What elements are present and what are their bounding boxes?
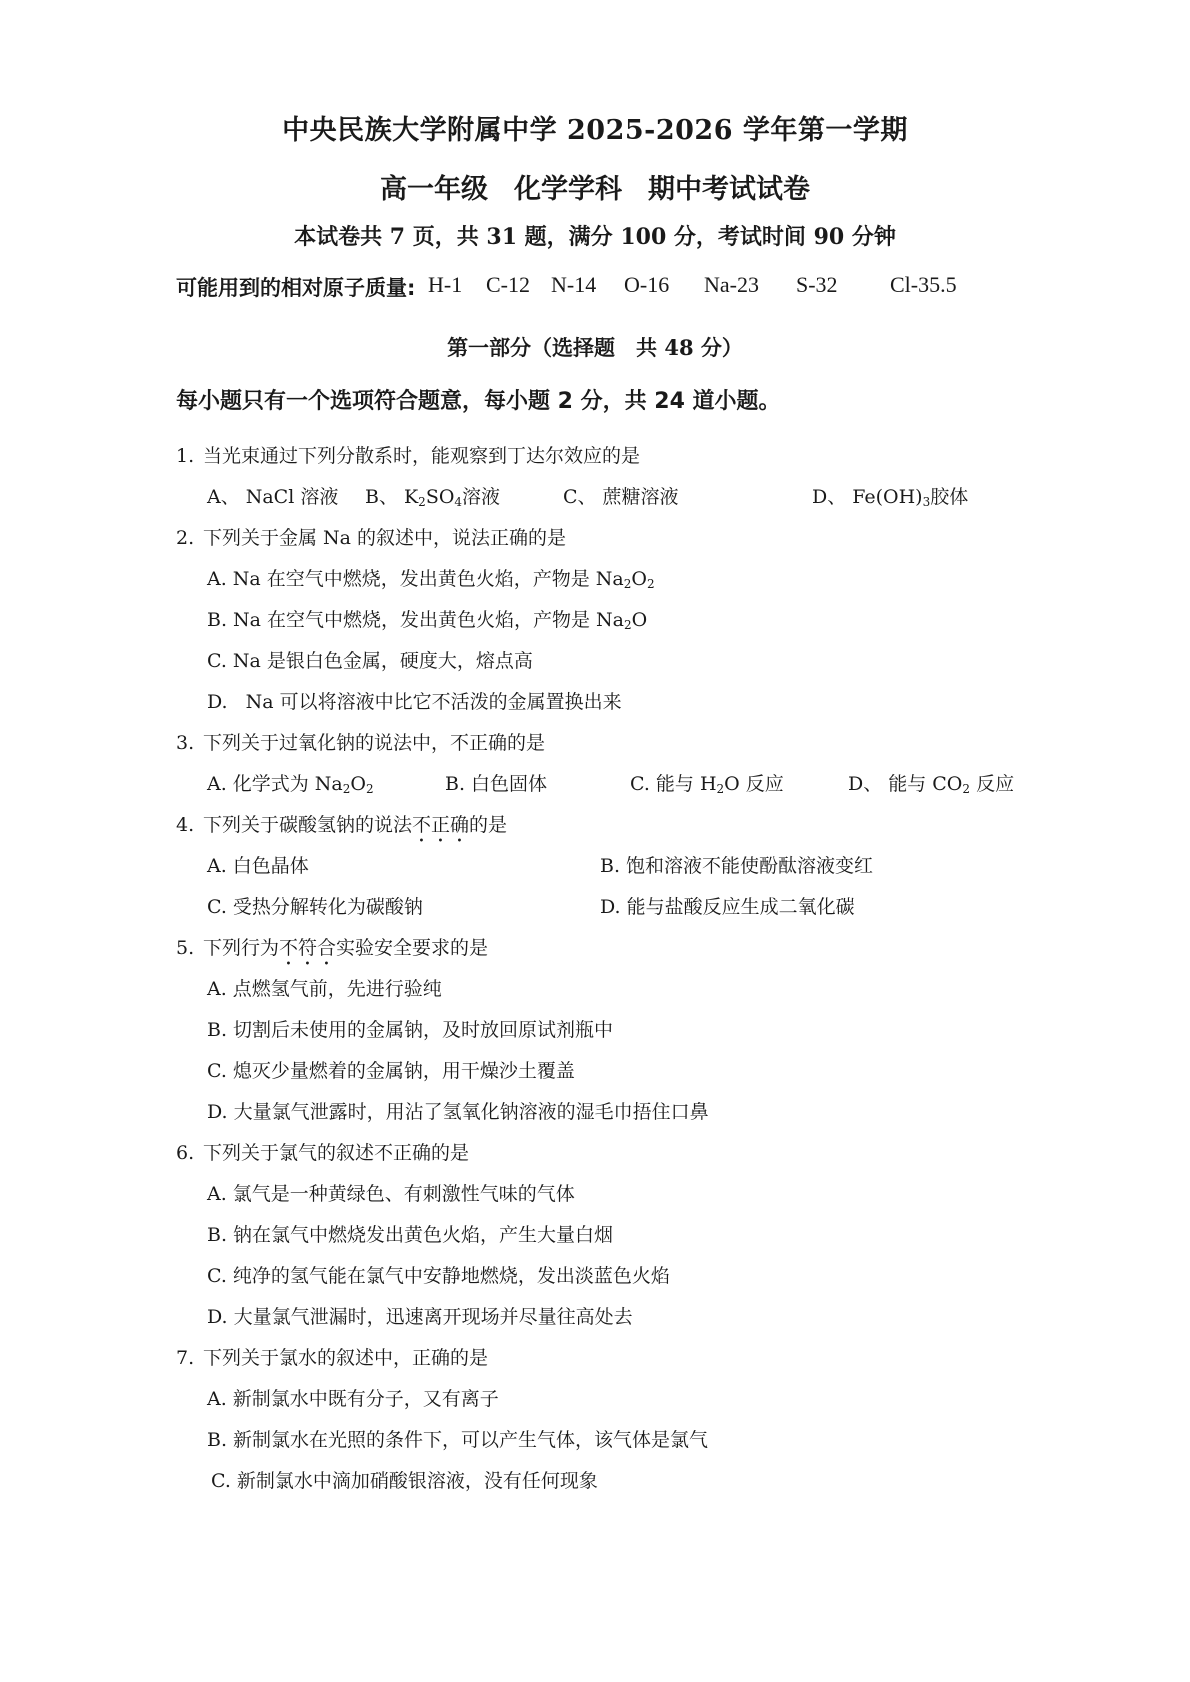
- text-fragment: 2.: [176, 527, 203, 549]
- text-fragment: 化学式为 Na: [233, 773, 343, 795]
- question-4-option-b: B.饱和溶液不能使酚酞溶液变红: [600, 851, 873, 878]
- atomic-mass-s: S-32: [796, 272, 838, 298]
- question-4-option-d: D.能与盐酸反应生成二氧化碳: [600, 892, 855, 919]
- text-fragment: 白色晶体: [233, 855, 309, 877]
- text-fragment: 大量氯气泄漏时，迅速离开现场并尽量往高处去: [234, 1306, 633, 1328]
- question-6-option-c: C.纯净的氢气能在氯气中安静地燃烧，发出淡蓝色火焰: [207, 1261, 670, 1288]
- question-1-option-d: D、Fe(OH)3胶体: [812, 482, 968, 509]
- text-fragment: D.: [207, 1306, 228, 1328]
- question-7-option-a: A.新制氯水中既有分子，又有离子: [207, 1384, 499, 1411]
- text-fragment: A.: [207, 978, 227, 1000]
- question-3-option-b: B.白色固体: [445, 769, 547, 796]
- text-fragment: 下列关于氯气的叙述不正确的是: [203, 1142, 469, 1164]
- text-fragment: 能与 CO: [888, 773, 962, 795]
- text-fragment: SO: [426, 486, 455, 508]
- question-3-option-c: C.能与 H2O 反应: [630, 769, 784, 796]
- text-fragment: 下列关于氯水的叙述中，正确的是: [203, 1347, 488, 1369]
- question-3-stem: 3.下列关于过氧化钠的说法中，不正确的是: [176, 728, 545, 755]
- question-4-stem: 4.下列关于碳酸氢钠的说法不正确的是: [176, 810, 507, 847]
- text-fragment: B.: [207, 1429, 227, 1451]
- question-1-option-c: C、蔗糖溶液: [563, 482, 679, 509]
- atomic-mass-na: Na-23: [704, 272, 759, 298]
- text-fragment: K: [404, 486, 418, 508]
- text-fragment: D、: [848, 769, 882, 796]
- text-fragment: B、: [365, 482, 398, 509]
- text-fragment: 新制氯水在光照的条件下，可以产生气体，该气体是氯气: [233, 1429, 708, 1451]
- text-fragment: 饱和溶液不能使酚酞溶液变红: [626, 855, 873, 877]
- question-6-option-d: D.大量氯气泄漏时，迅速离开现场并尽量往高处去: [207, 1302, 633, 1329]
- text-fragment: D、: [812, 482, 846, 509]
- subscript: 2: [647, 577, 655, 591]
- exam-page: 中央民族大学附属中学 2025-2026 学年第一学期 高一年级化学学科期中考试…: [0, 0, 1190, 1682]
- text-fragment: B.: [445, 773, 465, 795]
- question-7-stem: 7.下列关于氯水的叙述中，正确的是: [176, 1343, 488, 1370]
- question-4-option-a: A.白色晶体: [207, 851, 309, 878]
- question-1-option-a: A、NaCl 溶液: [207, 482, 338, 509]
- question-6-stem: 6.下列关于氯气的叙述不正确的是: [176, 1138, 469, 1165]
- text-fragment: 纯净的氢气能在氯气中安静地燃烧，发出淡蓝色火焰: [233, 1265, 670, 1287]
- question-5-option-b: B.切割后未使用的金属钠，及时放回原试剂瓶中: [207, 1015, 613, 1042]
- text-fragment: O: [350, 773, 366, 795]
- text-fragment: 点燃氢气前，先进行验纯: [233, 978, 442, 1000]
- text-fragment: 下列行为: [203, 937, 279, 959]
- text-fragment: B.: [207, 1019, 227, 1041]
- subscript: 4: [454, 495, 462, 509]
- text-fragment: 熄灭少量燃着的金属钠，用干燥沙土覆盖: [233, 1060, 575, 1082]
- text-fragment: 大量氯气泄露时，用沾了氢氧化钠溶液的湿毛巾捂住口鼻: [234, 1101, 709, 1123]
- text-fragment: Na 在空气中燃烧，发出黄色火焰，产物是 Na: [233, 568, 624, 590]
- text-fragment: C.: [207, 650, 227, 672]
- question-5-stem: 5.下列行为不符合实验安全要求的是: [176, 933, 488, 970]
- text-fragment: O: [632, 609, 648, 631]
- question-7-option-c: C.新制氯水中滴加硝酸银溶液，没有任何现象: [211, 1466, 598, 1493]
- question-1-stem: 1.当光束通过下列分散系时，能观察到丁达尔效应的是: [176, 441, 640, 468]
- question-2-stem: 2.下列关于金属 Na 的叙述中，说法正确的是: [176, 523, 566, 550]
- text-fragment: 1.: [176, 445, 203, 467]
- atomic-mass-n: N-14: [551, 272, 596, 298]
- text-fragment: 新制氯水中滴加硝酸银溶液，没有任何现象: [237, 1470, 598, 1492]
- text-fragment: 胶体: [930, 486, 968, 508]
- atomic-masses-label: 可能用到的相对原子质量:: [176, 276, 415, 300]
- emphasis-not-correct: 不正确: [412, 814, 469, 836]
- text-fragment: C.: [630, 773, 650, 795]
- text-fragment: Na 可以将溶液中比它不活泼的金属置换出来: [246, 691, 622, 713]
- text-fragment: 能与盐酸反应生成二氧化碳: [627, 896, 855, 918]
- text-fragment: 钠在氯气中燃烧发出黄色火焰，产生大量白烟: [233, 1224, 613, 1246]
- text-fragment: 下列关于碳酸氢钠的说法: [203, 814, 412, 836]
- text-fragment: Na 在空气中燃烧，发出黄色火焰，产物是 Na: [233, 609, 624, 631]
- exam-label: 期中考试试卷: [648, 174, 810, 205]
- atomic-mass-c: C-12: [486, 272, 530, 298]
- text-fragment: D.: [207, 691, 228, 713]
- text-fragment: A.: [207, 568, 227, 590]
- text-fragment: A、: [207, 482, 240, 509]
- text-fragment: 的是: [469, 814, 507, 836]
- text-fragment: O: [631, 568, 647, 590]
- school-title: 中央民族大学附属中学 2025-2026 学年第一学期: [0, 108, 1190, 147]
- atomic-mass-o: O-16: [624, 272, 669, 298]
- text-fragment: C.: [207, 896, 227, 918]
- text-fragment: A.: [207, 1388, 227, 1410]
- question-2-option-b: B.Na 在空气中燃烧，发出黄色火焰，产物是 Na2O: [207, 605, 647, 632]
- subscript: 2: [962, 782, 970, 796]
- question-6-option-a: A.氯气是一种黄绿色、有刺激性气味的气体: [207, 1179, 575, 1206]
- text-fragment: 7.: [176, 1347, 203, 1369]
- text-fragment: Fe(OH): [852, 486, 922, 508]
- text-fragment: B.: [207, 609, 227, 631]
- text-fragment: 能与 H: [656, 773, 717, 795]
- exam-title: 高一年级化学学科期中考试试卷: [0, 167, 1190, 206]
- text-fragment: 受热分解转化为碳酸钠: [233, 896, 423, 918]
- text-fragment: 下列关于过氧化钠的说法中，不正确的是: [203, 732, 545, 754]
- text-fragment: C.: [207, 1265, 227, 1287]
- part1-instructions: 每小题只有一个选项符合题意，每小题 2 分，共 24 道小题。: [176, 384, 781, 415]
- text-fragment: 实验安全要求的是: [336, 937, 488, 959]
- text-fragment: NaCl 溶液: [246, 486, 339, 508]
- subject-label: 化学学科: [514, 174, 622, 205]
- text-fragment: A.: [207, 855, 227, 877]
- text-fragment: 蔗糖溶液: [603, 486, 679, 508]
- question-6-option-b: B.钠在氯气中燃烧发出黄色火焰，产生大量白烟: [207, 1220, 613, 1247]
- text-fragment: 切割后未使用的金属钠，及时放回原试剂瓶中: [233, 1019, 613, 1041]
- question-3-option-d: D、能与 CO2 反应: [848, 769, 1014, 796]
- text-fragment: 下列关于金属 Na 的叙述中，说法正确的是: [203, 527, 566, 549]
- text-fragment: 反应: [970, 773, 1014, 795]
- question-1-option-b: B、K2SO4溶液: [365, 482, 500, 509]
- exam-meta: 本试卷共 7 页，共 31 题，满分 100 分，考试时间 90 分钟: [0, 220, 1190, 251]
- text-fragment: 5.: [176, 937, 203, 959]
- text-fragment: A.: [207, 773, 227, 795]
- text-fragment: 白色固体: [471, 773, 547, 795]
- subscript: 2: [418, 495, 426, 509]
- question-2-option-a: A.Na 在空气中燃烧，发出黄色火焰，产物是 Na2O2: [207, 564, 655, 591]
- text-fragment: 3.: [176, 732, 203, 754]
- question-3-option-a: A.化学式为 Na2O2: [207, 769, 374, 796]
- text-fragment: A.: [207, 1183, 227, 1205]
- emphasis-not-comply: 不符合: [279, 937, 336, 959]
- question-5-option-c: C.熄灭少量燃着的金属钠，用干燥沙土覆盖: [207, 1056, 575, 1083]
- atomic-mass-h: H-1: [428, 272, 462, 298]
- text-fragment: C.: [211, 1470, 231, 1492]
- text-fragment: Na 是银白色金属，硬度大，熔点高: [233, 650, 533, 672]
- text-fragment: D.: [600, 896, 621, 918]
- subscript: 2: [366, 782, 374, 796]
- question-2-option-d: D.Na 可以将溶液中比它不活泼的金属置换出来: [207, 687, 622, 714]
- question-4-option-c: C.受热分解转化为碳酸钠: [207, 892, 423, 919]
- atomic-mass-cl: Cl-35.5: [890, 272, 957, 298]
- text-fragment: C、: [563, 482, 597, 509]
- subscript: 2: [717, 782, 725, 796]
- text-fragment: B.: [207, 1224, 227, 1246]
- grade-label: 高一年级: [380, 174, 488, 205]
- text-fragment: O 反应: [724, 773, 784, 795]
- text-fragment: C.: [207, 1060, 227, 1082]
- text-fragment: B.: [600, 855, 620, 877]
- subscript: 2: [624, 618, 632, 632]
- text-fragment: 4.: [176, 814, 203, 836]
- question-5-option-a: A.点燃氢气前，先进行验纯: [207, 974, 442, 1001]
- question-7-option-b: B.新制氯水在光照的条件下，可以产生气体，该气体是氯气: [207, 1425, 708, 1452]
- text-fragment: 溶液: [462, 486, 500, 508]
- text-fragment: 氯气是一种黄绿色、有刺激性气味的气体: [233, 1183, 575, 1205]
- text-fragment: 当光束通过下列分散系时，能观察到丁达尔效应的是: [203, 445, 640, 467]
- question-5-option-d: D.大量氯气泄露时，用沾了氢氧化钠溶液的湿毛巾捂住口鼻: [207, 1097, 709, 1124]
- text-fragment: 6.: [176, 1142, 203, 1164]
- text-fragment: D.: [207, 1101, 228, 1123]
- atomic-masses: 可能用到的相对原子质量: H-1 C-12 N-14 O-16 Na-23 S-…: [176, 272, 996, 302]
- part1-title: 第一部分（选择题 共 48 分）: [0, 332, 1190, 362]
- question-2-option-c: C.Na 是银白色金属，硬度大，熔点高: [207, 646, 533, 673]
- text-fragment: 新制氯水中既有分子，又有离子: [233, 1388, 499, 1410]
